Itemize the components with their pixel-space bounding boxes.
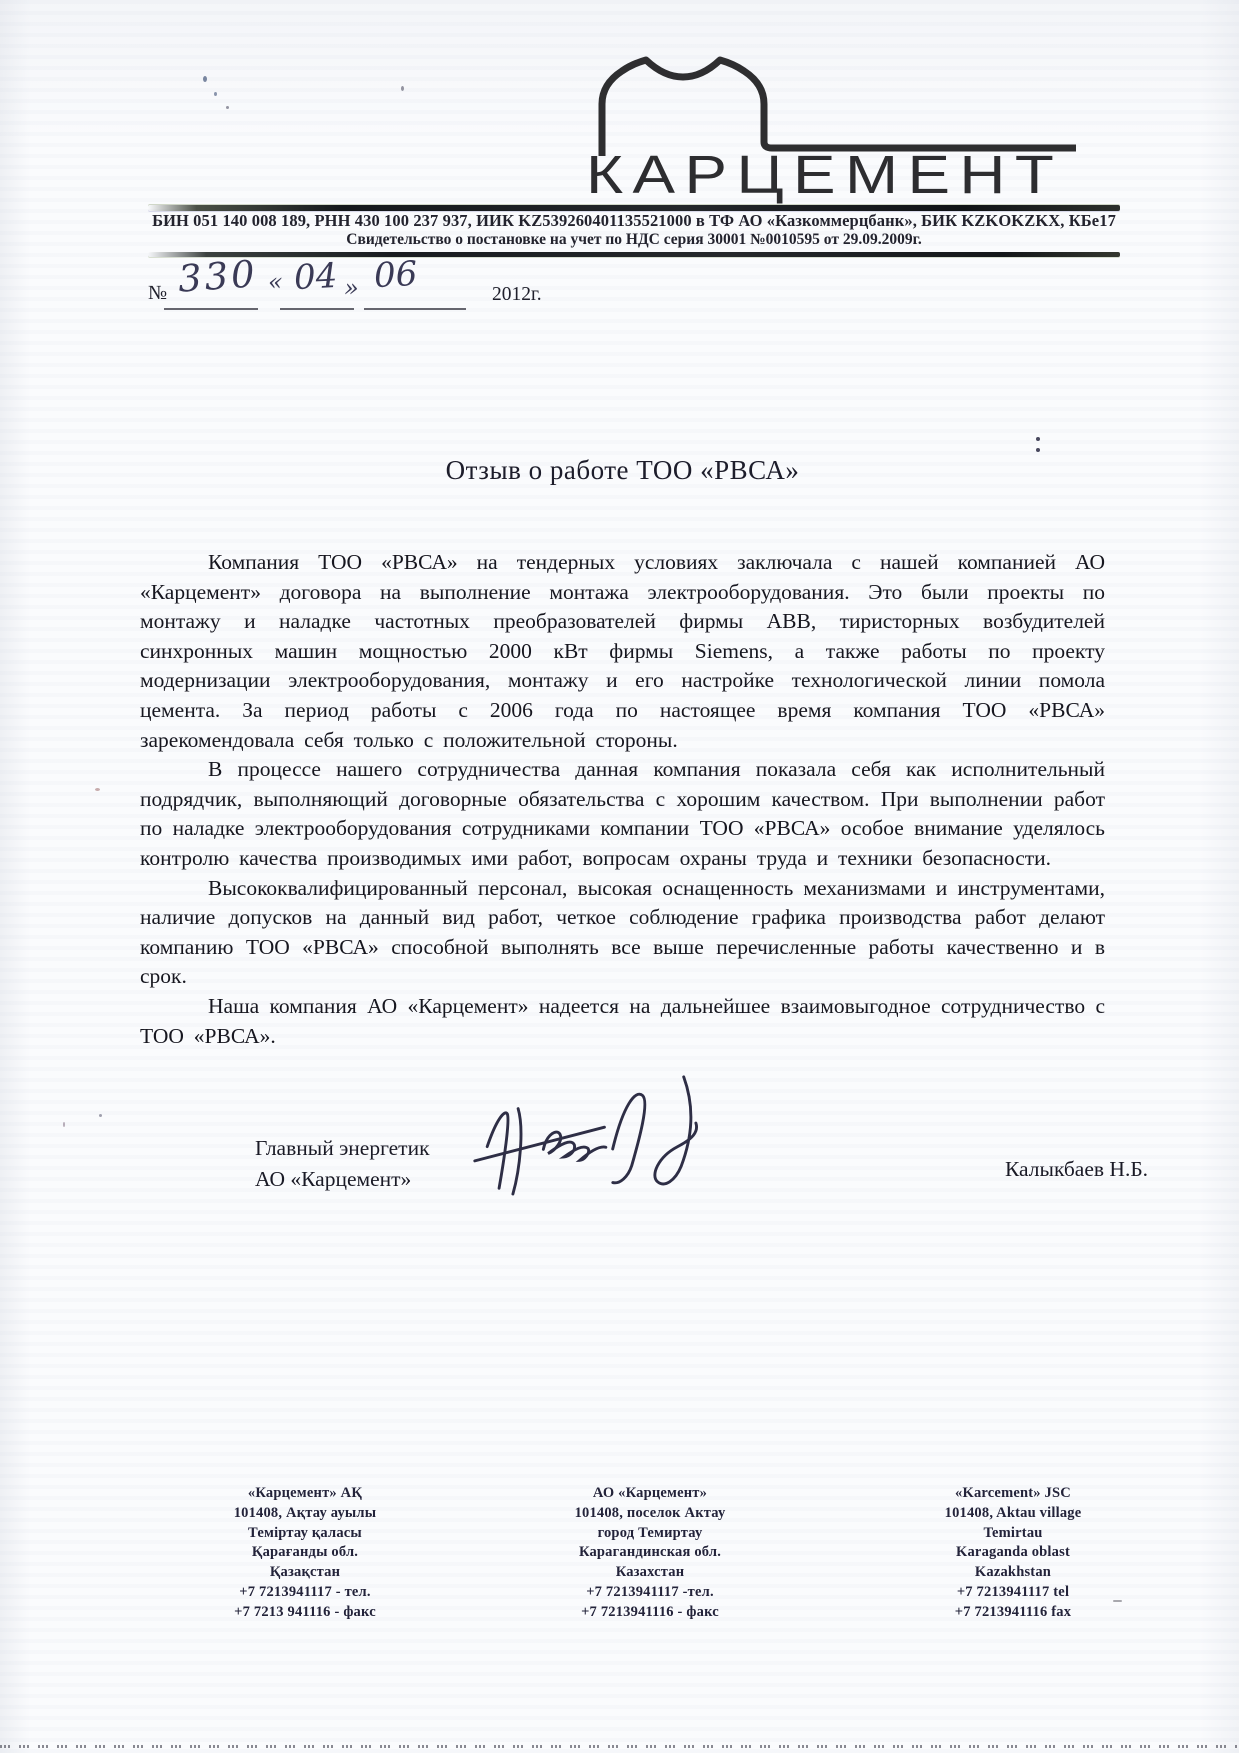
- footer-line: +7 7213 941116 - факс: [185, 1603, 425, 1623]
- bank-details-line1: БИН 051 140 008 189, РНН 430 100 237 937…: [148, 211, 1120, 231]
- signer-role-line2: АО «Карцемент»: [255, 1167, 411, 1192]
- footer-line: Қарағанды обл.: [185, 1543, 425, 1563]
- footer-line: 101408, Aktau village: [893, 1504, 1133, 1524]
- letter-body: Компания ТОО «РВСА» на тендерных условия…: [140, 548, 1105, 1051]
- footer-line: +7 7213941117 - тел.: [185, 1583, 425, 1603]
- footer-line: Temirtau: [893, 1524, 1133, 1544]
- date-day-underline: [280, 308, 354, 310]
- footer-line: 101408, Ақтау ауылы: [185, 1504, 425, 1524]
- footer-line: Теміртау қаласы: [185, 1524, 425, 1544]
- date-quote-open: «: [268, 268, 283, 296]
- scan-speck: [1036, 437, 1040, 441]
- date-quote-close: »: [344, 274, 359, 302]
- footer-line: Kazakhstan: [893, 1563, 1133, 1583]
- paragraph: В процессе нашего сотрудничества данная …: [140, 755, 1105, 873]
- scan-speck: [99, 1114, 102, 1117]
- date-year: 2012г.: [492, 284, 542, 306]
- scan-speck: [214, 92, 217, 96]
- footer-line: Қазақстан: [185, 1563, 425, 1583]
- footer-line: +7 7213941117 -тел.: [530, 1583, 770, 1603]
- scan-speck: [401, 86, 404, 91]
- footer-line: Карагандинская обл.: [530, 1543, 770, 1563]
- scan-speck: [1036, 448, 1040, 452]
- scan-speck: [63, 1122, 65, 1127]
- footer-line: Karaganda oblast: [893, 1543, 1133, 1563]
- footer-line: город Темиртау: [530, 1524, 770, 1544]
- scanned-letter-page: КАРЦЕМЕНТ БИН 051 140 008 189, РНН 430 1…: [0, 0, 1239, 1753]
- vat-certificate-line: Свидетельство о постановке на учет по НД…: [148, 231, 1120, 249]
- company-logotype: КАРЦЕМЕНТ: [586, 148, 1063, 202]
- footer-line: АО «Карцемент»: [530, 1484, 770, 1504]
- footer-line: 101408, поселок Актау: [530, 1504, 770, 1524]
- bottom-perforation: [0, 1745, 1239, 1748]
- footer-line: +7 7213941117 tel: [893, 1583, 1133, 1603]
- footer-address-english: «Karcement» JSC 101408, Aktau village Te…: [893, 1484, 1133, 1623]
- scan-speck: [226, 106, 229, 109]
- scan-speck: [203, 76, 207, 82]
- date-month-underline: [364, 308, 466, 310]
- date-month-handwritten: 06: [373, 254, 418, 296]
- scan-speck: [1113, 1600, 1122, 1602]
- footer-address-kazakh: «Карцемент» АҚ 101408, Ақтау ауылы Темір…: [185, 1484, 425, 1623]
- date-day-handwritten: 04: [293, 256, 338, 298]
- doc-number-label: №: [148, 282, 167, 305]
- handwritten-signature-icon: [464, 1067, 742, 1211]
- footer-line: +7 7213941116 fax: [893, 1603, 1133, 1623]
- paragraph: Высококвалифицированный персонал, высока…: [140, 874, 1105, 992]
- signer-name: Калыкбаев Н.Б.: [1005, 1157, 1148, 1182]
- signer-role-line1: Главный энергетик: [255, 1136, 430, 1161]
- paragraph: Компания ТОО «РВСА» на тендерных условия…: [140, 548, 1105, 755]
- page-title: Отзыв о работе ТОО «РВСА»: [140, 455, 1105, 486]
- footer-line: +7 7213941116 - факс: [530, 1603, 770, 1623]
- scan-speck: [95, 788, 100, 791]
- paragraph: Наша компания АО «Карцемент» надеется на…: [140, 992, 1105, 1051]
- footer-address-russian: АО «Карцемент» 101408, поселок Актау гор…: [530, 1484, 770, 1623]
- footer-line: «Карцемент» АҚ: [185, 1484, 425, 1504]
- footer-line: Казахстан: [530, 1563, 770, 1583]
- footer-line: «Karcement» JSC: [893, 1484, 1133, 1504]
- doc-number-underline: [164, 308, 258, 310]
- cement-sack-logo-icon: [588, 56, 1080, 156]
- header-rule-bottom: [148, 252, 1120, 257]
- doc-number-handwritten: 330: [177, 252, 259, 300]
